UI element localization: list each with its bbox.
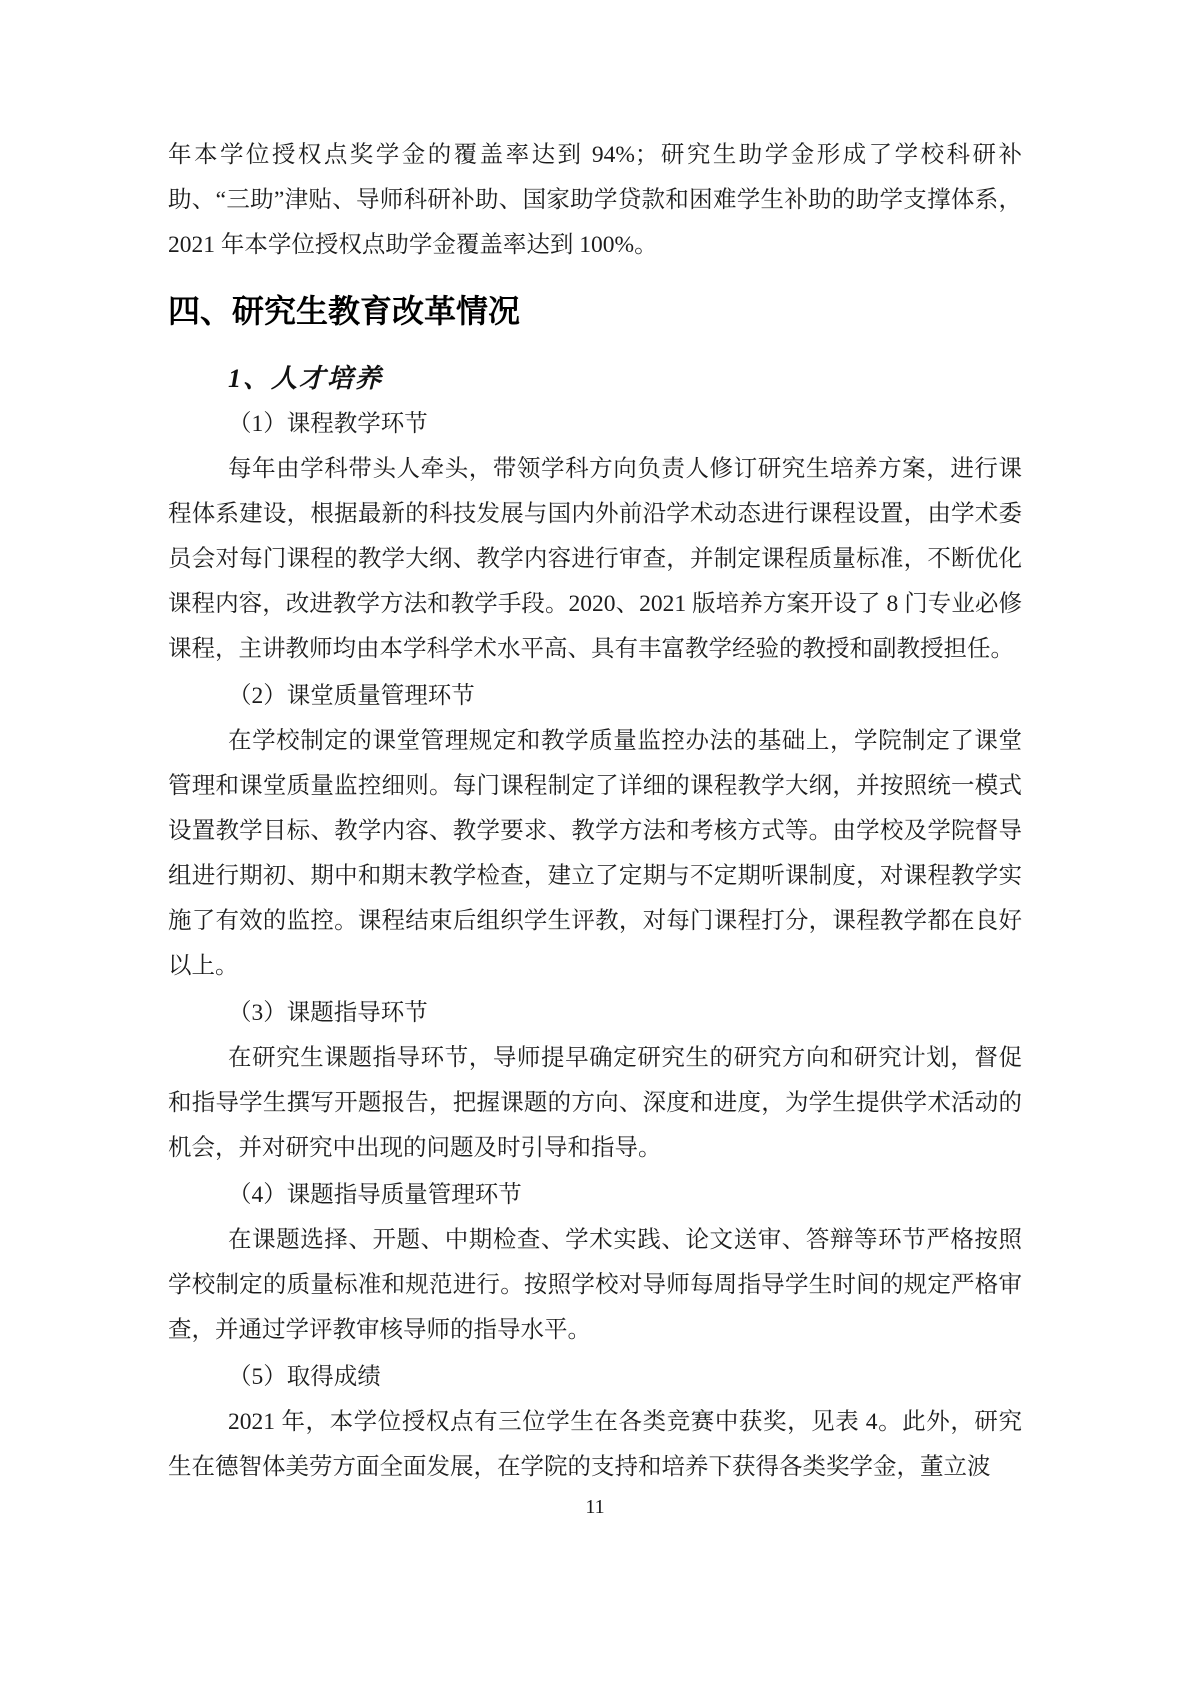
section-heading: 四、研究生教育改革情况 [168, 288, 1022, 334]
item-2-label: （2）课堂质量管理环节 [168, 674, 1022, 719]
item-5-label: （5）取得成绩 [168, 1355, 1022, 1400]
subsection-heading: 1、人才培养 [168, 358, 1022, 400]
item-4-body: 在课题选择、开题、中期检查、学术实践、论文送审、答辩等环节严格按照学校制定的质量… [168, 1218, 1022, 1353]
page-number: 11 [168, 1492, 1022, 1522]
document-content: 年本学位授权点奖学金的覆盖率达到 94%；研究生助学金形成了学校科研补助、“三助… [168, 133, 1022, 1522]
item-5-body: 2021 年，本学位授权点有三位学生在各类竞赛中获奖，见表 4。此外，研究生在德… [168, 1400, 1022, 1490]
item-4-label: （4）课题指导质量管理环节 [168, 1173, 1022, 1218]
item-3-label: （3）课题指导环节 [168, 991, 1022, 1036]
intro-paragraph: 年本学位授权点奖学金的覆盖率达到 94%；研究生助学金形成了学校科研补助、“三助… [168, 133, 1022, 268]
item-2-body: 在学校制定的课堂管理规定和教学质量监控办法的基础上，学院制定了课堂管理和课堂质量… [168, 719, 1022, 989]
document-page: 年本学位授权点奖学金的覆盖率达到 94%；研究生助学金形成了学校科研补助、“三助… [0, 0, 1190, 1683]
item-1-label: （1）课程教学环节 [168, 402, 1022, 447]
item-3-body: 在研究生课题指导环节，导师提早确定研究生的研究方向和研究计划，督促和指导学生撰写… [168, 1036, 1022, 1171]
item-1-body: 每年由学科带头人牵头，带领学科方向负责人修订研究生培养方案，进行课程体系建设，根… [168, 447, 1022, 672]
